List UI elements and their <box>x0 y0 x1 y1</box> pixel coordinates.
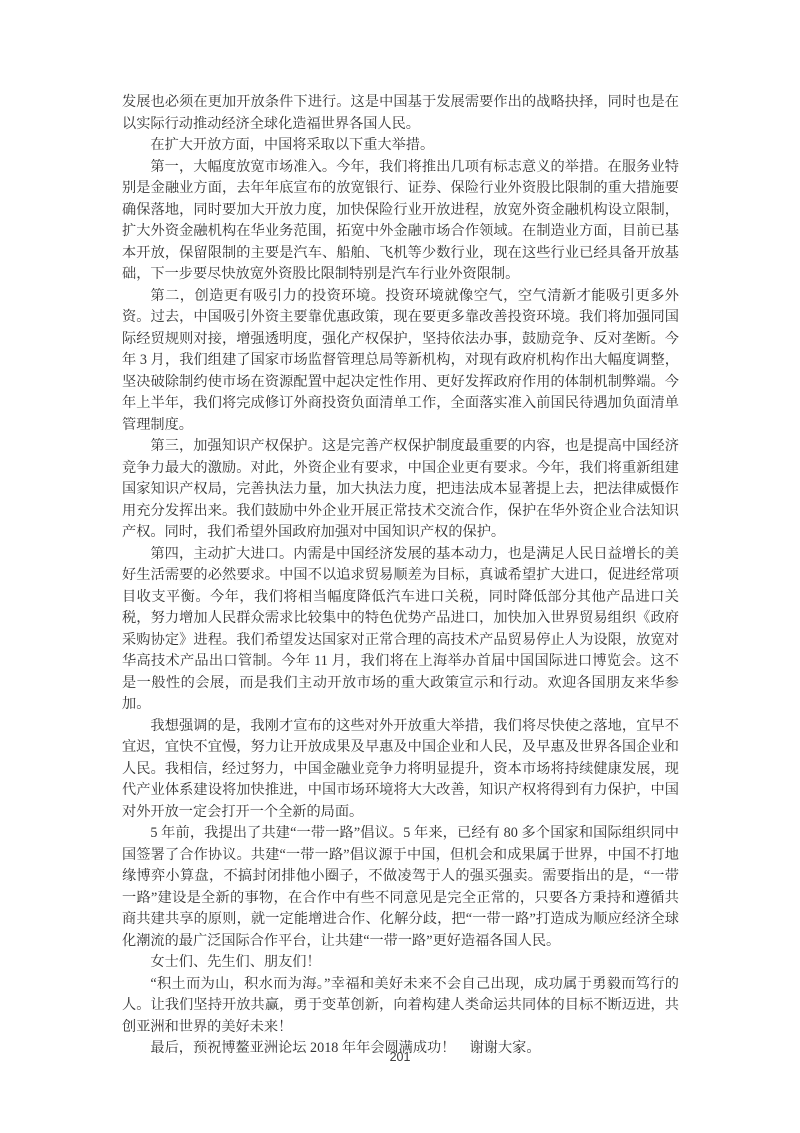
paragraph: 第二，创造更有吸引力的投资环境。投资环境就像空气，空气清新才能吸引更多外资。过去… <box>122 286 679 437</box>
paragraph: 在扩大开放方面，中国将采取以下重大举措。 <box>122 135 679 157</box>
paragraph: 第三，加强知识产权保护。这是完善产权保护制度最重要的内容，也是提高中国经济竞争力… <box>122 436 679 544</box>
paragraph: 第四，主动扩大进口。内需是中国经济发展的基本动力，也是满足人民日益增长的美好生活… <box>122 544 679 716</box>
paragraph: 第一，大幅度放宽市场准入。今年，我们将推出几项有标志意义的举措。在服务业特别是金… <box>122 157 679 286</box>
paragraph: 发展也必须在更加开放条件下进行。这是中国基于发展需要作出的战略抉择，同时也是在以… <box>122 92 679 135</box>
paragraph: 5 年前，我提出了共建“一带一路”倡议。5 年来，已经有 80 多个国家和国际组… <box>122 823 679 952</box>
paragraph: 女士们、先生们、朋友们！ <box>122 952 679 974</box>
page-footer: 201 <box>0 1048 800 1066</box>
paragraph: 我想强调的是，我刚才宣布的这些对外开放重大举措，我们将尽快使之落地，宜早不宜迟，… <box>122 716 679 824</box>
paragraph: “积土而为山，积水而为海。”幸福和美好未来不会自己出现，成功属于勇毅而笃行的人。… <box>122 974 679 1039</box>
speech-text-body: 发展也必须在更加开放条件下进行。这是中国基于发展需要作出的战略抉择，同时也是在以… <box>122 92 679 1060</box>
page-number: 201 <box>390 1050 411 1064</box>
document-page: 发展也必须在更加开放条件下进行。这是中国基于发展需要作出的战略抉择，同时也是在以… <box>0 0 800 1133</box>
